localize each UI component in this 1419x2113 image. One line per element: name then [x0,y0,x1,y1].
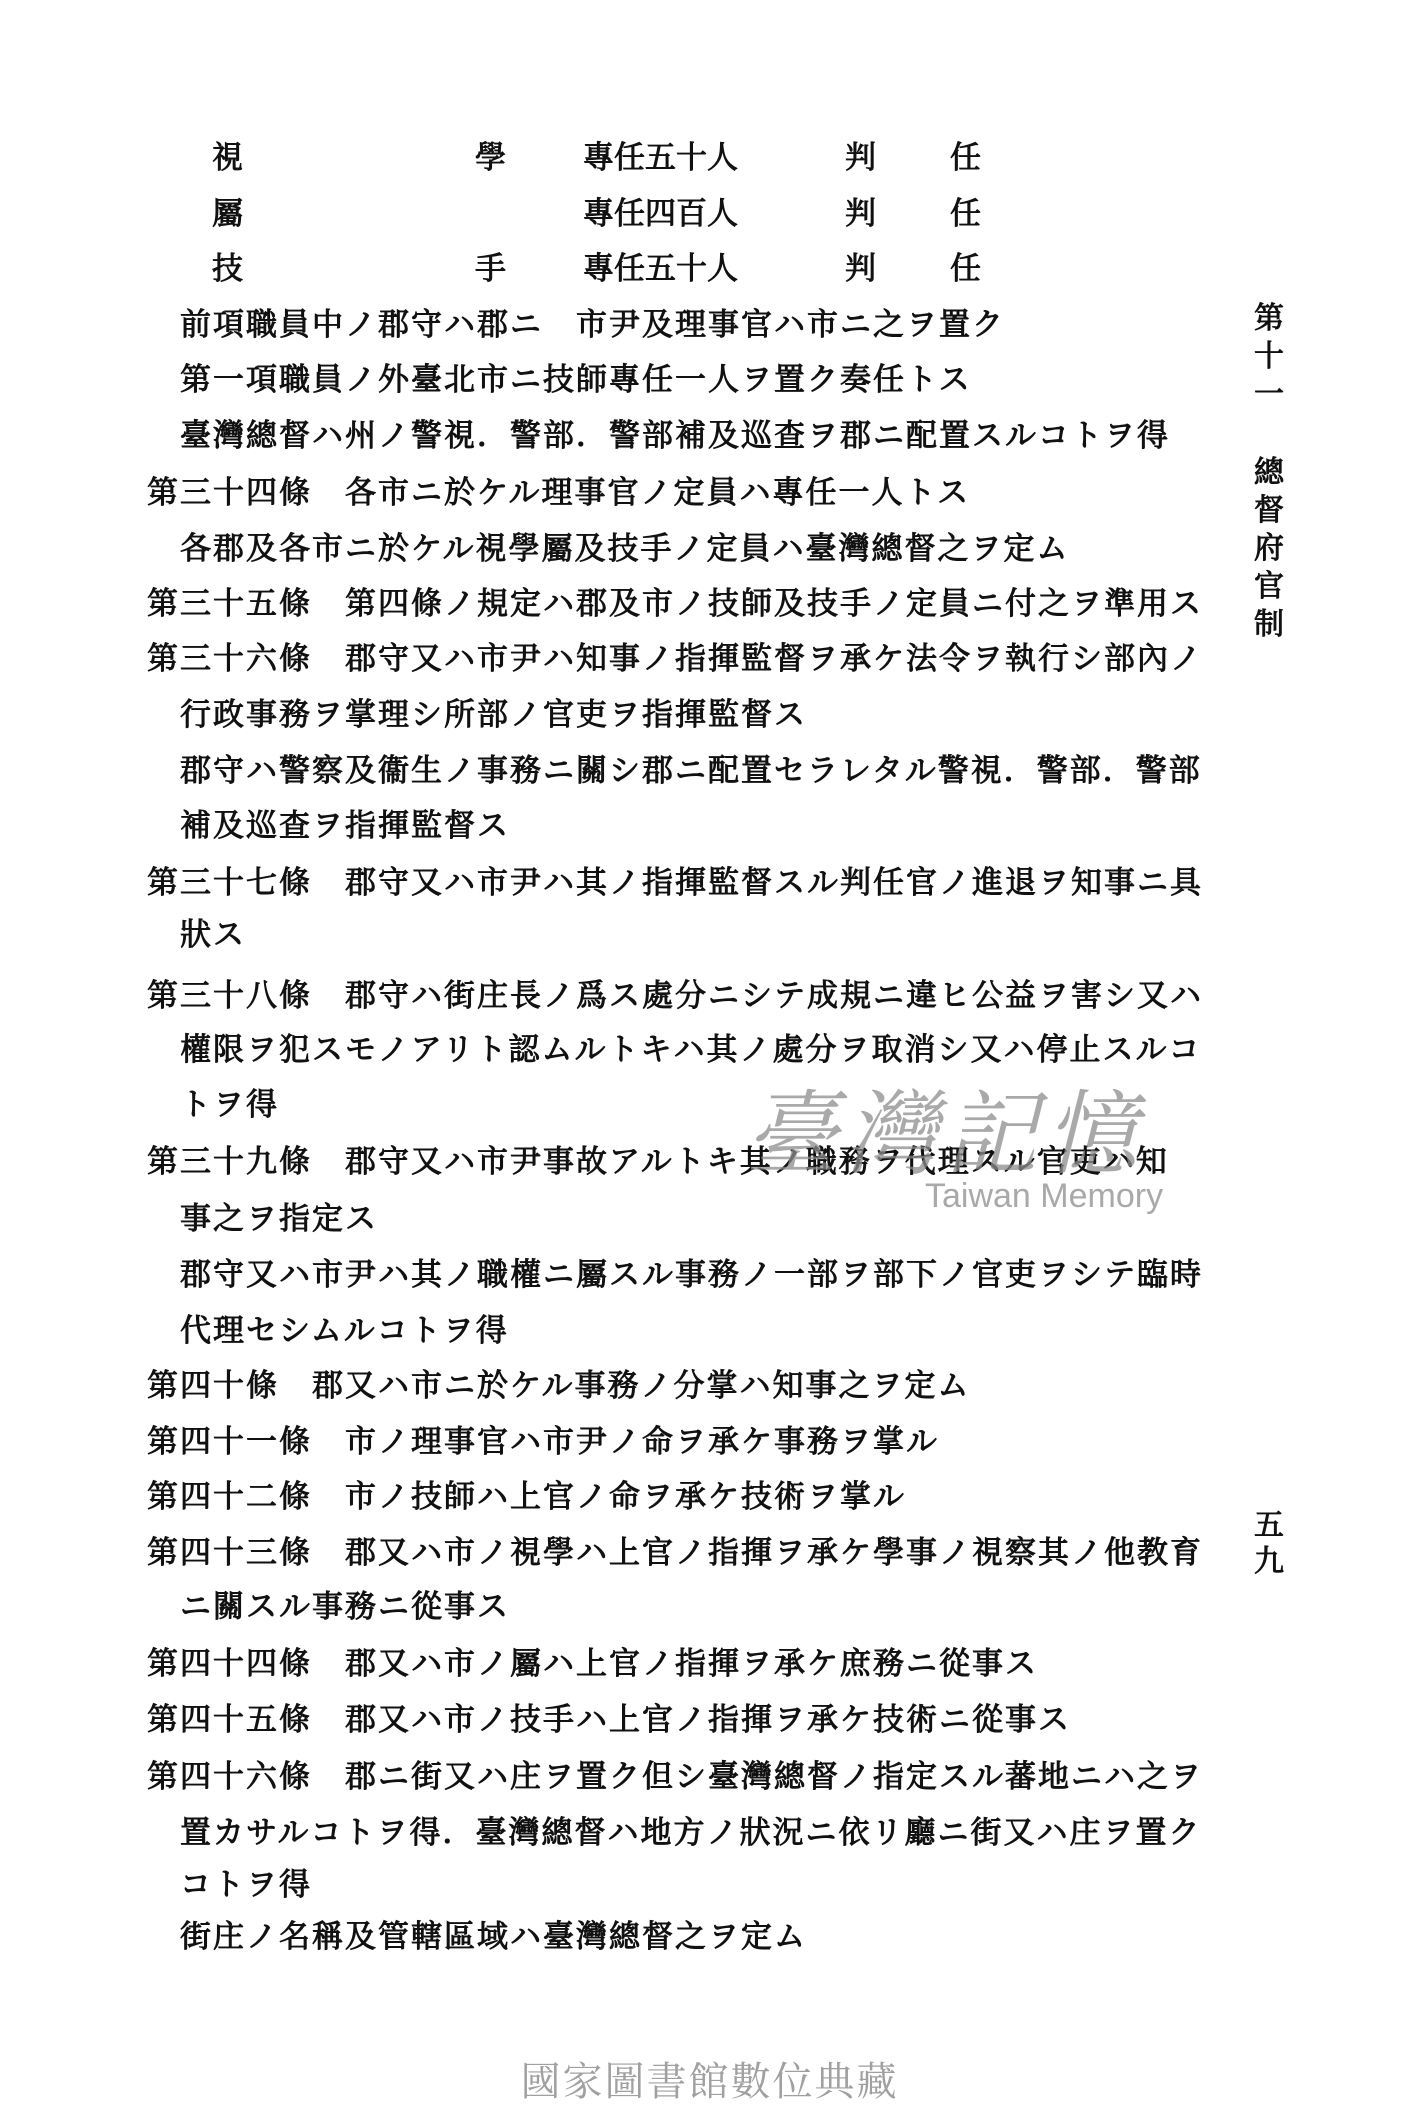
text-line: 街庄ノ名稱及管轄區域ハ臺灣總督之ヲ定ム [180,1917,807,1957]
text-line: 第一項職員ノ外臺北市ニ技師專任一人ヲ置ク奏任トス [180,360,972,400]
text-line: 代理セシムルコトヲ得 [180,1311,509,1351]
article-number: 第四十六條 [147,1759,312,1795]
article-number: 第三十四條 [147,475,312,511]
article-number: 第三十五條 [147,586,312,622]
article-number: 第三十七條 [147,865,312,901]
running-title: 第 十 一 總 督 府 官 制 [1252,300,1286,644]
running-title-char: 一 [1252,376,1286,414]
staff-title-char: 屬 [212,194,243,234]
article-number: 第四十五條 [147,1702,312,1738]
watermark-english: Taiwan Memory [925,1177,1163,1216]
running-title-gap [1252,414,1286,454]
staff-rank-char: 判 [845,249,876,289]
text-line: 狀ス [180,915,246,955]
staff-quota: 專任四百人 [583,194,738,234]
article-number: 第四十三條 [147,1535,312,1571]
staff-rank-char: 任 [950,249,981,289]
text-line: 各郡及各市ニ於ケル視學屬及技手ノ定員ハ臺灣總督之ヲ定ム [180,529,1069,569]
text-line: 臺灣總督ハ州ノ警視．警部．警部補及巡查ヲ郡ニ配置スルコトヲ得 [180,416,1170,456]
text-line: 事之ヲ指定ス [180,1199,378,1239]
running-title-char: 官 [1252,568,1286,606]
staff-rank-char: 判 [845,194,876,234]
running-title-char: 制 [1252,606,1286,644]
article-number: 第三十六條 [147,641,312,677]
running-title-char: 府 [1252,530,1286,568]
article-line: 第四十條 郡又ハ市ニ於ケル事務ノ分掌ハ知事之ヲ定ム [147,1366,970,1406]
running-title-char: 十 [1252,338,1286,376]
article-line: 第四十三條 郡又ハ市ノ視學ハ上官ノ指揮ヲ承ケ學事ノ視察其ノ他教育 [147,1533,1203,1573]
article-line: 第四十一條 市ノ理事官ハ市尹ノ命ヲ承ケ事務ヲ掌ル [147,1422,939,1462]
article-number: 第四十條 [147,1368,279,1404]
staff-rank-char: 任 [950,194,981,234]
running-title-char: 第 [1252,300,1286,338]
article-line: 第三十六條 郡守又ハ市尹ハ知事ノ指揮監督ヲ承ケ法令ヲ執行シ部內ノ [147,639,1203,679]
article-line: 第三十八條 郡守ハ街庄長ノ爲ス處分ニシテ成規ニ違ヒ公益ヲ害シ又ハ [147,976,1203,1016]
text-line: 前項職員中ノ郡守ハ郡ニ 市尹及理事官ハ市ニ之ヲ置ク [180,305,1005,345]
text-line: 置カサルコトヲ得．臺灣總督ハ地方ノ狀況ニ依リ廳ニ街又ハ庄ヲ置ク [180,1813,1201,1853]
staff-title-char: 手 [475,249,506,289]
page-number-digit: 五 [1252,1508,1286,1544]
text-line: ニ關スル事務ニ從事ス [180,1587,510,1627]
text-line: トヲ得 [180,1085,279,1125]
article-number: 第三十八條 [147,978,312,1014]
staff-title-char: 技 [212,249,243,289]
footer-attribution: 國家圖書館數位典藏 [0,2050,1419,2107]
text-line: コトヲ得 [180,1865,312,1905]
text-line: 權限ヲ犯スモノアリト認ムルトキハ其ノ處分ヲ取消シ又ハ停止スルコ [180,1030,1201,1070]
staff-title-char: 視 [212,138,243,178]
staff-title-char: 學 [475,138,506,178]
article-line: 第三十七條 郡守又ハ市尹ハ其ノ指揮監督スル判任官ノ進退ヲ知事ニ具 [147,863,1203,903]
scanned-page: 視 學 專任五十人 判 任 屬 專任四百人 判 任 技 手 專任五十人 判 任 … [0,0,1419,2113]
staff-quota: 專任五十人 [583,249,738,289]
text-line: 郡守ハ警察及衞生ノ事務ニ關シ郡ニ配置セラレタル警視．警部．警部 [180,751,1202,791]
text-line: 行政事務ヲ掌理シ所部ノ官吏ヲ指揮監督ス [180,695,807,735]
article-line: 第四十二條 市ノ技師ハ上官ノ命ヲ承ケ技術ヲ掌ル [147,1477,906,1517]
article-line: 第三十四條 各市ニ於ケル理事官ノ定員ハ專任一人トス [147,473,970,513]
article-line: 第四十五條 郡又ハ市ノ技手ハ上官ノ指揮ヲ承ケ技術ニ從事ス [147,1700,1071,1740]
article-number: 第四十二條 [147,1479,312,1515]
article-line: 第三十九條 郡守又ハ市尹事故アルトキ其ノ職務ヲ代理スル官吏ハ知 [147,1142,1169,1182]
article-line: 第三十五條 第四條ノ規定ハ郡及市ノ技師及技手ノ定員ニ付之ヲ準用ス [147,584,1203,624]
article-line: 第四十四條 郡又ハ市ノ屬ハ上官ノ指揮ヲ承ケ庶務ニ從事ス [147,1644,1038,1684]
article-number: 第四十一條 [147,1424,312,1460]
running-title-char: 督 [1252,492,1286,530]
page-number: 五 九 [1252,1508,1286,1580]
article-number: 第三十九條 [147,1144,312,1180]
article-line: 第四十六條 郡ニ街又ハ庄ヲ置ク但シ臺灣總督ノ指定スル蕃地ニハ之ヲ [147,1757,1203,1797]
running-title-char: 總 [1252,454,1286,492]
text-line: 補及巡查ヲ指揮監督ス [180,806,510,846]
text-line: 郡守又ハ市尹ハ其ノ職權ニ屬スル事務ノ一部ヲ部下ノ官吏ヲシテ臨時 [180,1255,1203,1295]
staff-rank-char: 任 [950,138,981,178]
article-number: 第四十四條 [147,1646,312,1682]
staff-rank-char: 判 [845,138,876,178]
page-number-digit: 九 [1252,1544,1286,1580]
staff-quota: 專任五十人 [583,138,738,178]
